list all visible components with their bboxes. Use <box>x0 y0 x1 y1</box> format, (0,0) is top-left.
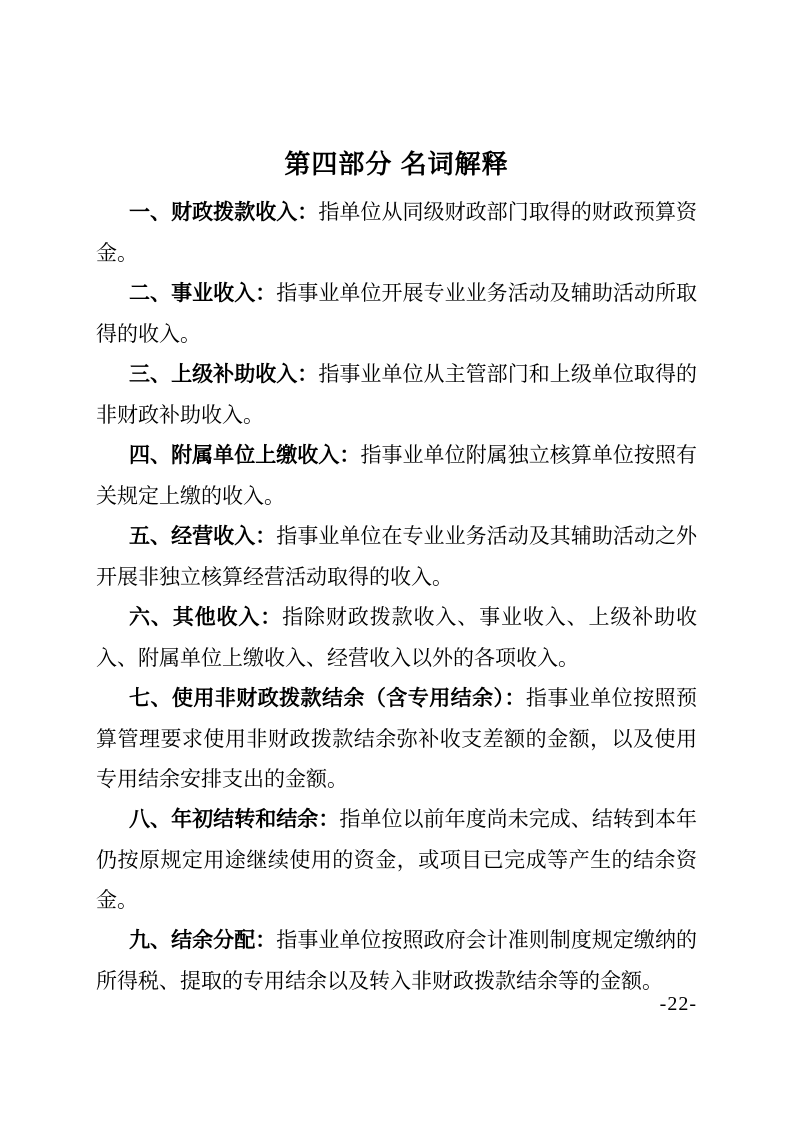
term-label: 二、事业收入： <box>129 282 276 305</box>
page-footer: -22- <box>660 992 697 1016</box>
glossary-item-6: 六、其他收入：指除财政拨款收入、事业收入、上级补助收入、附属单位上缴收入、经营收… <box>96 597 697 678</box>
glossary-item-7: 七、使用非财政拨款结余（含专用结余）：指事业单位按照预算管理要求使用非财政拨款结… <box>96 678 697 799</box>
term-label: 八、年初结转和结余： <box>129 808 339 831</box>
glossary-list: 一、财政拨款收入：指单位从同级财政部门取得的财政预算资金。 二、事业收入：指事业… <box>96 192 697 1001</box>
page-number: -22- <box>660 993 697 1015</box>
glossary-item-3: 三、上级补助收入：指事业单位从主管部门和上级单位取得的非财政补助收入。 <box>96 354 697 435</box>
glossary-item-2: 二、事业收入：指事业单位开展专业业务活动及辅助活动所取得的收入。 <box>96 273 697 354</box>
glossary-item-4: 四、附属单位上缴收入：指事业单位附属独立核算单位按照有关规定上缴的收入。 <box>96 435 697 516</box>
glossary-item-8: 八、年初结转和结余：指单位以前年度尚未完成、结转到本年仍按原规定用途继续使用的资… <box>96 799 697 920</box>
term-label: 九、结余分配： <box>129 929 276 952</box>
document-page: 第四部分 名词解释 一、财政拨款收入：指单位从同级财政部门取得的财政预算资金。 … <box>0 0 793 1122</box>
term-label: 五、经营收入： <box>129 525 276 548</box>
page-title: 第四部分 名词解释 <box>96 148 697 180</box>
term-label: 六、其他收入： <box>129 606 282 629</box>
term-label: 三、上级补助收入： <box>129 363 318 386</box>
glossary-item-1: 一、财政拨款收入：指单位从同级财政部门取得的财政预算资金。 <box>96 192 697 273</box>
term-label: 一、财政拨款收入： <box>129 201 318 224</box>
term-label: 四、附属单位上缴收入： <box>129 444 360 467</box>
glossary-item-9: 九、结余分配：指事业单位按照政府会计准则制度规定缴纳的所得税、提取的专用结余以及… <box>96 920 697 1001</box>
term-label: 七、使用非财政拨款结余（含专用结余）： <box>129 687 526 710</box>
glossary-item-5: 五、经营收入：指事业单位在专业业务活动及其辅助活动之外开展非独立核算经营活动取得… <box>96 516 697 597</box>
